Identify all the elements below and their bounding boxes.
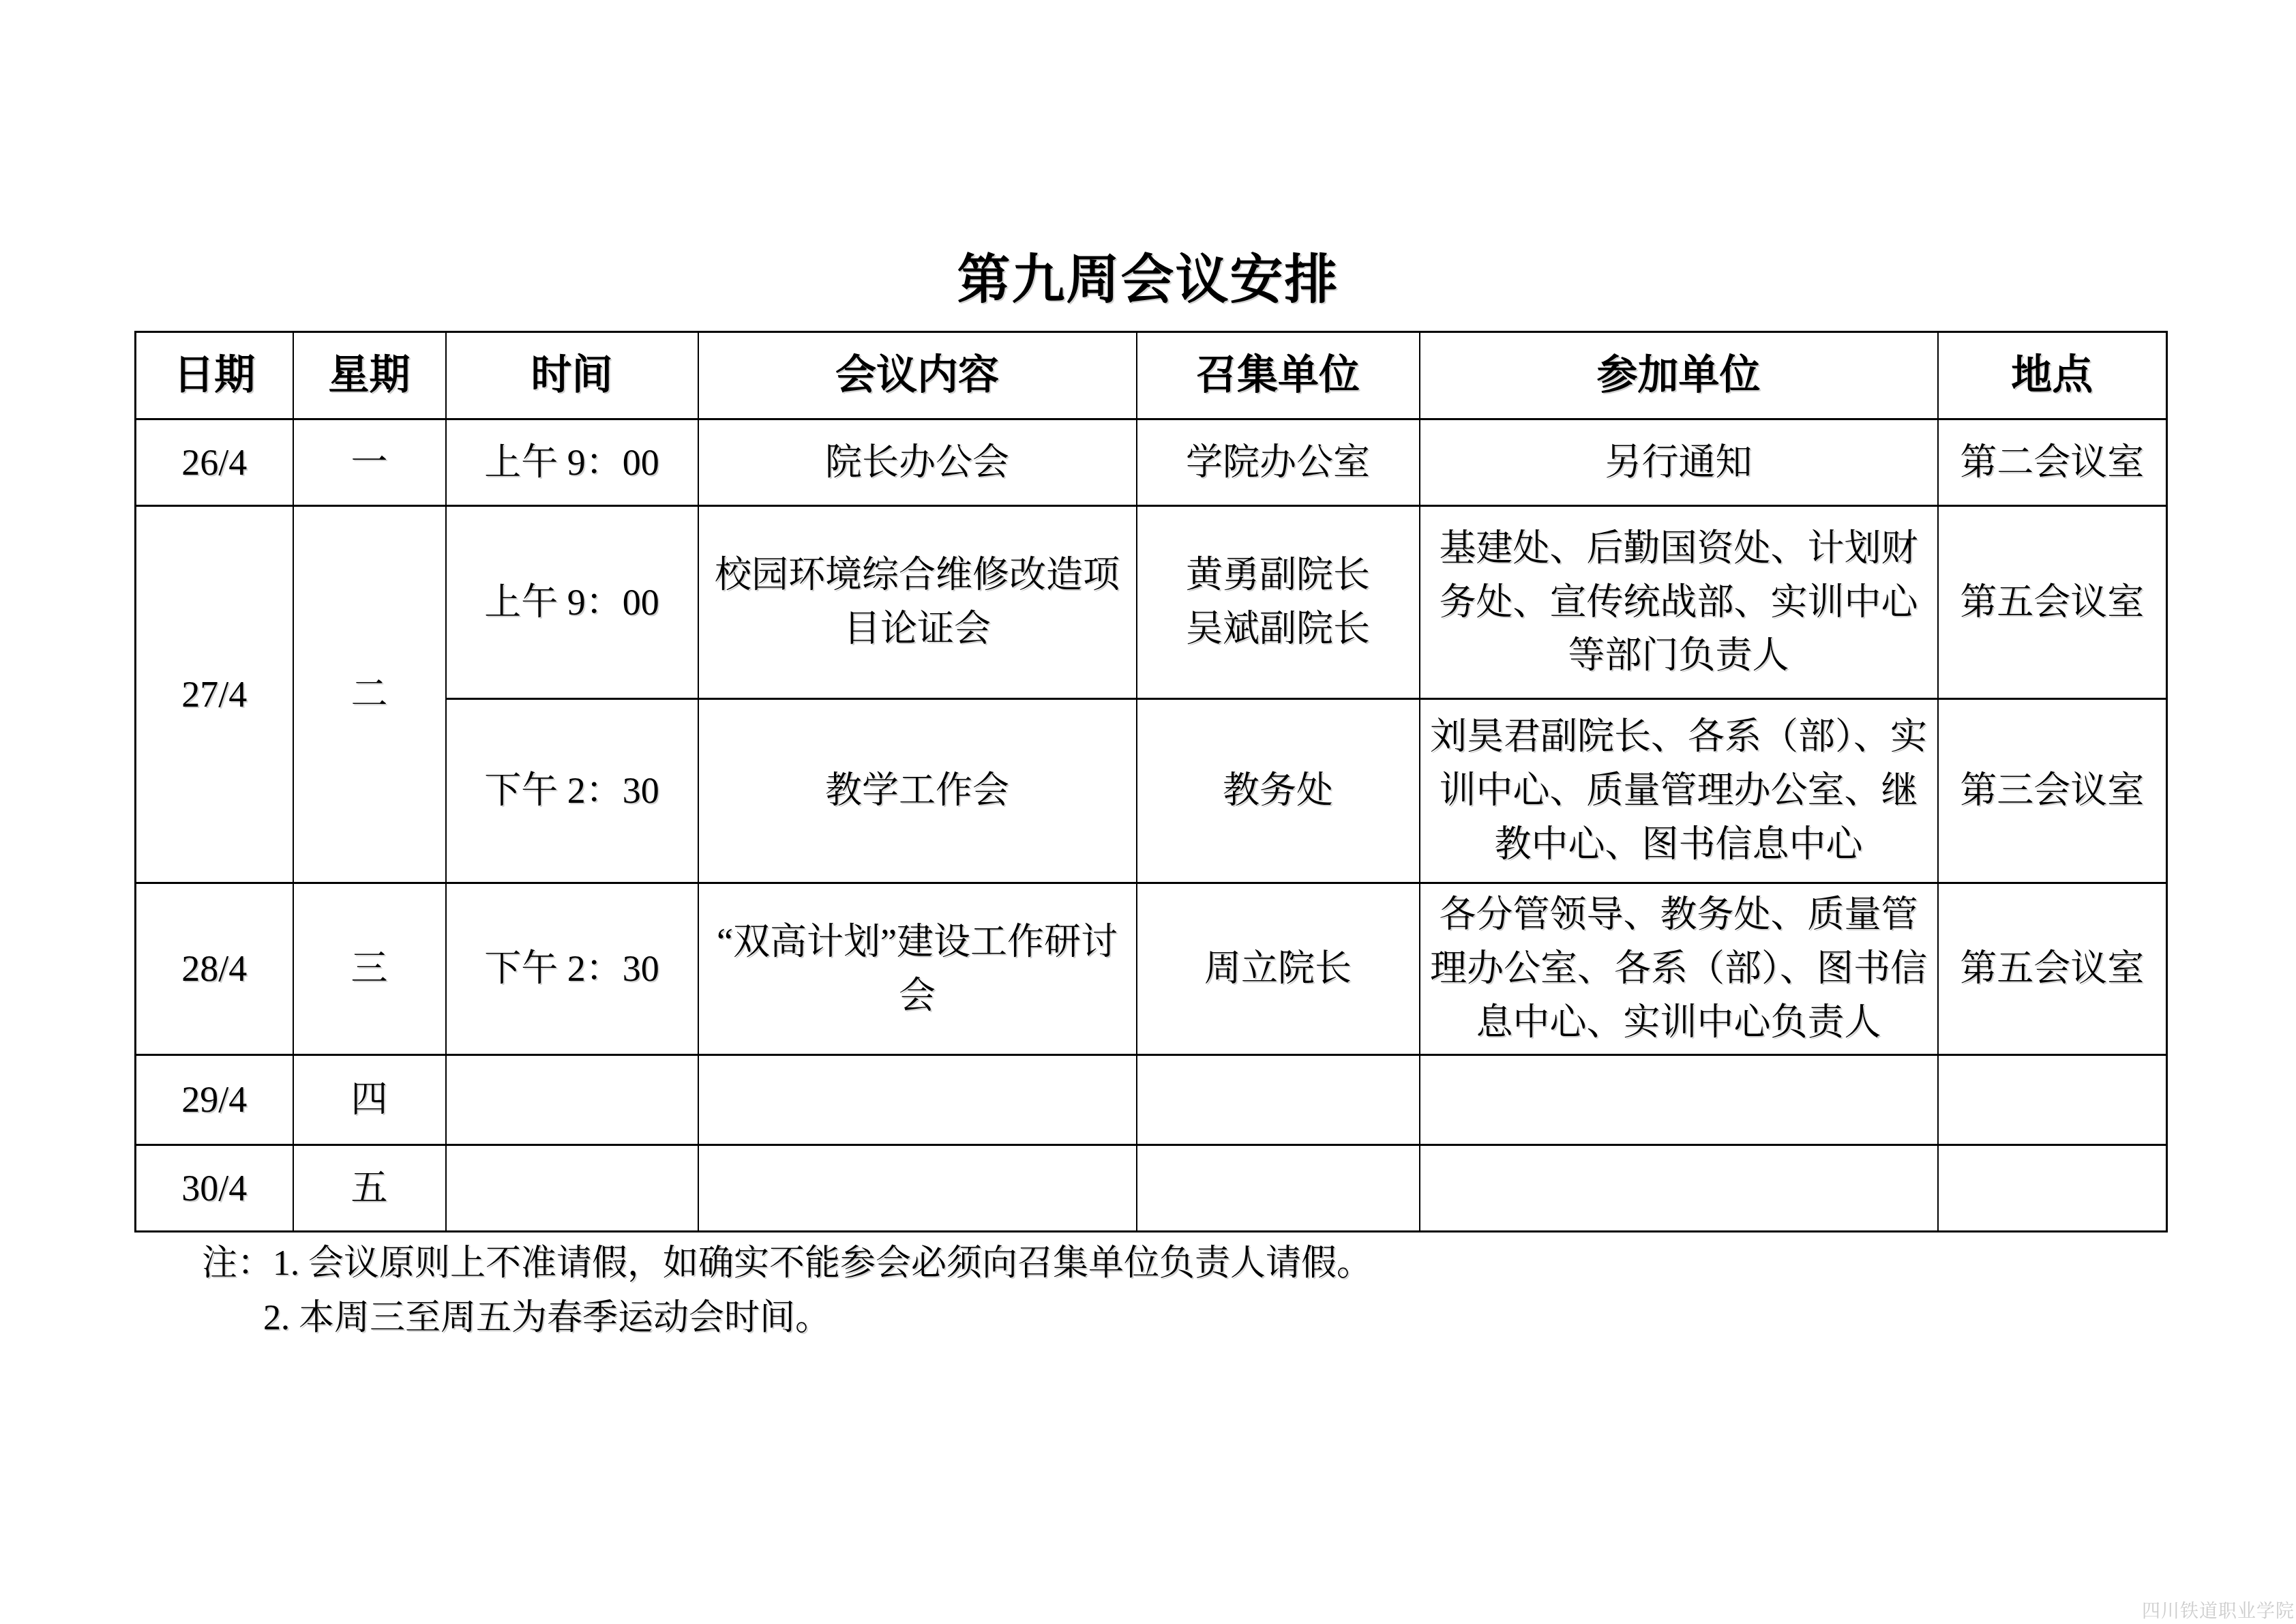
empty-time-cell (446, 1055, 698, 1145)
empty-location-cell (1938, 1055, 2167, 1145)
column-header-time: 时间 (446, 332, 698, 419)
convener-cell: 教务处 (1137, 699, 1420, 883)
location-cell: 第三会议室 (1938, 699, 2167, 883)
participants-cell: 基建处、后勤国资处、计划财务处、宣传统战部、实训中心等部门负责人 (1420, 506, 1938, 699)
location-cell: 第二会议室 (1938, 419, 2167, 506)
header-row: 日期 星期 时间 会议内容 召集单位 参加单位 地点 (136, 332, 2167, 419)
empty-convener-cell (1137, 1055, 1420, 1145)
convener-cell: 学院办公室 (1137, 419, 1420, 506)
time-cell: 上午 9：00 (446, 506, 698, 699)
schedule-row-27-4-morning: 27/4 二 上午 9：00 校园环境综合维修改造项目论证会 黄勇副院长 吴斌副… (136, 506, 2167, 699)
empty-location-cell (1938, 1145, 2167, 1232)
empty-convener-cell (1137, 1145, 1420, 1232)
date-cell: 28/4 (136, 883, 293, 1055)
column-header-participants: 参加单位 (1420, 332, 1938, 419)
page-title: 第九周会议安排 (0, 251, 2296, 310)
empty-content-cell (698, 1145, 1137, 1232)
time-cell: 上午 9：00 (446, 419, 698, 506)
weekday-cell: 四 (293, 1055, 446, 1145)
empty-participants-cell (1420, 1055, 1938, 1145)
participants-cell: 另行通知 (1420, 419, 1938, 506)
footnotes: 注：1. 会议原则上不准请假，如确实不能参会必须向召集单位负责人请假。 2. 本… (202, 1237, 1372, 1346)
convener-name: 吴斌副院长 (1144, 602, 1412, 656)
weekday-cell: 二 (293, 506, 446, 883)
column-header-convener: 召集单位 (1137, 332, 1420, 419)
location-cell: 第五会议室 (1938, 883, 2167, 1055)
meeting-content-cell: 教学工作会 (698, 699, 1137, 883)
convener-name: 黄勇副院长 (1144, 548, 1412, 602)
schedule-row-30-4: 30/4 五 (136, 1145, 2167, 1232)
watermark-text: 四川铁道职业学院 (2142, 1596, 2295, 1623)
column-header-weekday: 星期 (293, 332, 446, 419)
weekday-cell: 五 (293, 1145, 446, 1232)
meeting-content-cell: 院长办公会 (698, 419, 1137, 506)
time-cell: 下午 2：30 (446, 699, 698, 883)
location-cell: 第五会议室 (1938, 506, 2167, 699)
footnote-1: 注：1. 会议原则上不准请假，如确实不能参会必须向召集单位负责人请假。 (202, 1237, 1372, 1291)
participants-cell: 刘昊君副院长、各系（部）、实训中心、质量管理办公室、继教中心、图书信息中心 (1420, 699, 1938, 883)
date-cell: 30/4 (136, 1145, 293, 1232)
column-header-content: 会议内容 (698, 332, 1137, 419)
column-header-location: 地点 (1938, 332, 2167, 419)
schedule-row-29-4: 29/4 四 (136, 1055, 2167, 1145)
convener-cell: 周立院长 (1137, 883, 1420, 1055)
participants-cell: 各分管领导、教务处、质量管理办公室、各系（部）、图书信息中心、实训中心负责人 (1420, 883, 1938, 1055)
time-cell: 下午 2：30 (446, 883, 698, 1055)
date-cell: 26/4 (136, 419, 293, 506)
empty-time-cell (446, 1145, 698, 1232)
meeting-schedule-table: 日期 星期 时间 会议内容 召集单位 参加单位 地点 26/4 一 上午 9：0… (134, 331, 2168, 1232)
footnote-2: 2. 本周三至周五为春季运动会时间。 (202, 1291, 1372, 1346)
convener-cell: 黄勇副院长 吴斌副院长 (1137, 506, 1420, 699)
column-header-date: 日期 (136, 332, 293, 419)
meeting-content-cell: “双高计划”建设工作研讨会 (698, 883, 1137, 1055)
schedule-row-28-4: 28/4 三 下午 2：30 “双高计划”建设工作研讨会 周立院长 各分管领导、… (136, 883, 2167, 1055)
date-cell: 29/4 (136, 1055, 293, 1145)
meeting-content-cell: 校园环境综合维修改造项目论证会 (698, 506, 1137, 699)
empty-content-cell (698, 1055, 1137, 1145)
empty-participants-cell (1420, 1145, 1938, 1232)
schedule-row-26-4: 26/4 一 上午 9：00 院长办公会 学院办公室 另行通知 第二会议室 (136, 419, 2167, 506)
date-cell: 27/4 (136, 506, 293, 883)
weekday-cell: 一 (293, 419, 446, 506)
weekday-cell: 三 (293, 883, 446, 1055)
